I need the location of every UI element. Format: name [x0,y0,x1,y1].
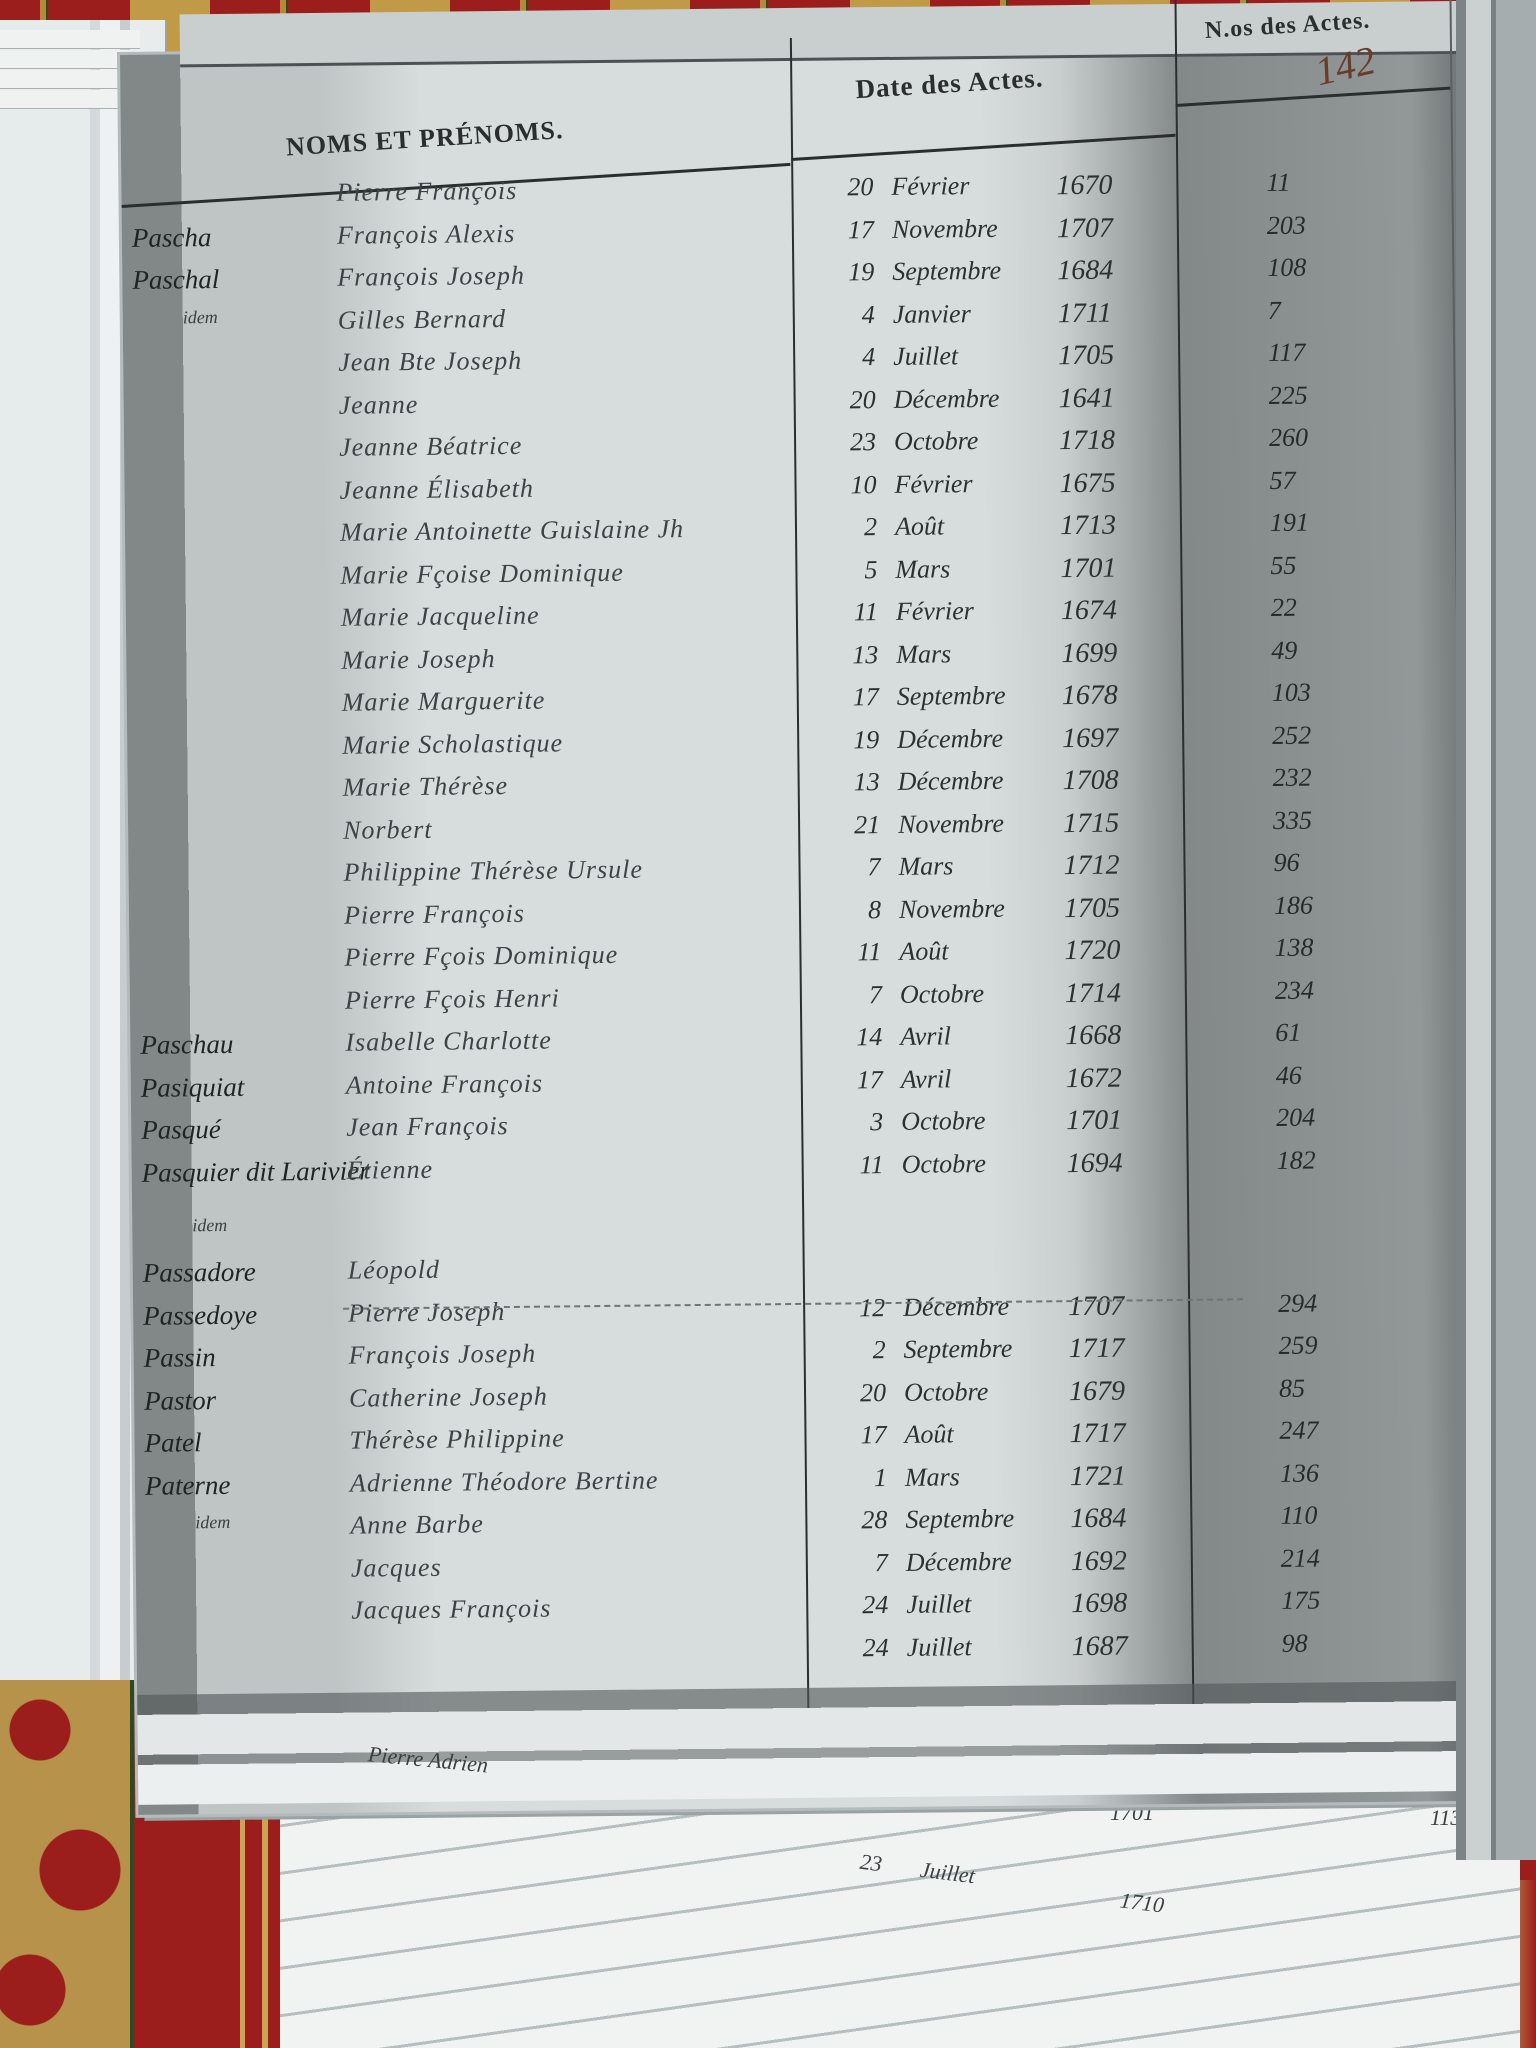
act-day: 3 [843,1107,883,1137]
act-day: 24 [849,1633,889,1663]
given-names: Marie Marguerite [342,686,546,718]
act-month: Juillet [893,341,958,372]
act-day: 4 [835,300,875,330]
act-number: 232 [1272,763,1311,793]
act-year: 1698 [1071,1588,1127,1621]
act-month: Décembre [897,723,1003,754]
given-names: Catherine Joseph [349,1381,548,1413]
act-year: 1672 [1066,1062,1122,1095]
act-number: 225 [1268,380,1307,410]
act-month: Octobre [904,1376,989,1407]
act-year: 1687 [1072,1630,1128,1663]
surname: idem [195,1512,230,1533]
act-month: Août [899,936,948,967]
surname: Pasiquiat [141,1071,245,1103]
act-year: 1675 [1059,467,1115,500]
given-names: Antoine François [346,1068,544,1100]
act-number: 110 [1280,1501,1317,1531]
surname: Passadore [143,1257,256,1289]
act-year: 1721 [1070,1460,1126,1493]
act-month: Décembre [906,1546,1012,1577]
underlying-month: Juillet [919,1857,977,1890]
surname: Pasqué [141,1114,221,1146]
act-day: 20 [833,172,873,202]
act-year: 1674 [1061,595,1117,628]
underlying-day: 23 [858,1849,883,1877]
act-month: Janvier [893,299,971,330]
surname: Passin [143,1342,215,1374]
underlying-name-fragment: Pierre Adrien [367,1741,489,1778]
act-number: 234 [1275,975,1314,1005]
act-month: Novembre [892,213,998,244]
act-number: 98 [1282,1628,1308,1658]
act-number: 260 [1269,423,1308,453]
act-number: 136 [1280,1458,1319,1488]
act-month: Mars [896,639,951,670]
act-year: 1684 [1057,255,1113,288]
given-names: Pierre Joseph [348,1297,505,1329]
header-underline-date [791,134,1175,161]
act-number: 7 [1268,295,1281,325]
header-underline-number [1176,87,1451,107]
act-year: 1670 [1056,170,1112,203]
act-month: Novembre [898,808,1004,839]
surname: Paschal [132,264,219,296]
act-day: 17 [834,215,874,245]
act-number: 96 [1273,848,1299,878]
stack-sheet-edge [0,70,140,89]
act-number: 259 [1278,1331,1317,1361]
act-month: Décembre [897,766,1003,797]
act-number: 335 [1273,805,1312,835]
given-names: Anne Barbe [350,1509,484,1540]
act-number: 11 [1266,168,1290,198]
act-month: Mars [905,1462,960,1493]
given-names: Adrienne Théodore Bertine [350,1465,659,1498]
act-number: 117 [1268,338,1305,368]
act-day: 10 [836,470,876,500]
given-names: Marie Antoinette Guislaine Jh [340,514,684,548]
act-year: 1678 [1062,680,1118,713]
given-names: Jacques [351,1552,442,1583]
act-day: 28 [847,1505,887,1535]
act-year: 1707 [1068,1290,1124,1323]
header-date: Date des Actes. [855,62,1045,105]
act-number: 294 [1278,1288,1317,1318]
act-month: Décembre [903,1291,1009,1322]
act-month: Octobre [900,979,985,1010]
surname: Pascha [132,222,212,254]
act-day: 1 [847,1463,887,1493]
surname: Pastor [144,1385,216,1417]
surname: Paschau [140,1029,233,1061]
given-names: François Joseph [348,1339,536,1371]
act-year: 1708 [1062,765,1118,798]
act-day: 11 [838,597,878,627]
stack-sheet-edge [0,90,140,109]
act-month: Novembre [899,893,1005,924]
given-names: Pierre François [336,176,517,208]
underlying-year: 1710 [1119,1887,1166,1918]
act-year: 1694 [1066,1147,1122,1180]
given-names: Léopold [348,1255,441,1286]
act-number: 57 [1269,465,1295,495]
act-day: 13 [838,640,878,670]
surname: Patel [144,1427,201,1459]
act-day: 17 [843,1065,883,1095]
act-number: 61 [1275,1018,1301,1048]
act-year: 1707 [1057,212,1113,245]
act-month: Septembre [897,681,1006,712]
act-year: 1679 [1069,1375,1125,1408]
act-month: Septembre [903,1334,1012,1365]
act-number: 203 [1267,210,1306,240]
act-month: Avril [900,1021,951,1052]
surname: Pasquier dit Larivier [142,1155,370,1188]
act-day: 14 [842,1022,882,1052]
act-day: 20 [846,1378,886,1408]
act-day: 4 [835,342,875,372]
given-names: Jeanne Élisabeth [339,473,534,505]
act-day: 23 [836,427,876,457]
act-month: Février [891,171,969,202]
act-year: 1712 [1063,850,1119,883]
act-year: 1705 [1058,340,1114,373]
given-names: François Alexis [337,218,516,250]
act-year: 1705 [1064,892,1120,925]
given-names: Marie Jacqueline [341,601,540,633]
act-day: 11 [844,1150,884,1180]
act-day: 7 [848,1548,888,1578]
act-number: 252 [1272,720,1311,750]
act-month: Décembre [893,383,999,414]
act-day: 5 [837,555,877,585]
act-month: Février [894,469,972,500]
stack-sheet-edge [0,30,140,49]
act-year: 1692 [1071,1545,1127,1578]
act-number: 186 [1274,890,1313,920]
given-names: Norbert [343,814,433,845]
act-year: 1711 [1058,297,1112,330]
act-number: 247 [1279,1416,1318,1446]
act-number: 214 [1281,1543,1320,1573]
right-page-edges [1456,0,1536,1860]
act-number: 22 [1271,593,1297,623]
act-year: 1718 [1059,425,1115,458]
given-names: Philippine Thérèse Ursule [343,855,643,888]
act-month: Juillet [906,1589,971,1620]
act-day: 17 [839,682,879,712]
stack-sheet-edge [0,50,140,69]
act-month: Octobre [902,1148,987,1179]
act-day: 13 [840,767,880,797]
given-names: Gilles Bernard [338,303,507,335]
act-number: 175 [1281,1586,1320,1616]
given-names: Jacques François [351,1594,551,1626]
given-names: Jean François [346,1111,509,1143]
act-number: 46 [1276,1060,1302,1090]
act-number: 191 [1270,508,1309,538]
act-year: 1641 [1058,382,1114,415]
given-names: Pierre Fçois Henri [345,983,560,1015]
act-year: 1697 [1062,722,1118,755]
act-day: 11 [841,937,881,967]
act-day: 19 [839,725,879,755]
act-day: 21 [840,810,880,840]
act-month: Août [895,511,944,542]
act-day: 2 [845,1335,885,1365]
header-names: NOMS ET PRÉNOMS. [285,115,564,162]
given-names: Isabelle Charlotte [345,1026,552,1058]
given-names: Pierre François [344,898,525,930]
given-names: Jeanne Béatrice [339,431,522,463]
act-day: 17 [846,1420,886,1450]
act-number: 182 [1276,1145,1315,1175]
act-number: 103 [1272,678,1311,708]
act-month: Octobre [901,1106,986,1137]
act-day: 2 [837,512,877,542]
surname: Passedoye [143,1299,257,1331]
given-names: Jeanne [339,389,419,420]
act-year: 1717 [1068,1333,1124,1366]
act-day: 20 [835,385,875,415]
act-year: 1684 [1070,1503,1126,1536]
given-names: Thérèse Philippine [349,1423,564,1455]
act-year: 1714 [1065,977,1121,1010]
act-day: 24 [848,1590,888,1620]
act-month: Février [896,596,974,627]
act-year: 1717 [1069,1418,1125,1451]
act-month: Août [904,1419,953,1450]
act-month: Avril [901,1064,952,1095]
act-month: Septembre [892,256,1001,287]
act-day: 8 [841,895,881,925]
act-day: 7 [842,980,882,1010]
act-day: 7 [840,852,880,882]
act-month: Octobre [894,426,979,457]
act-day: 12 [845,1293,885,1323]
act-year: 1668 [1065,1020,1121,1053]
given-names: Étienne [347,1154,434,1185]
register-page: NOMS ET PRÉNOMS. Date des Actes. N.os de… [120,41,1498,1815]
given-names: Marie Thérèse [343,771,509,803]
given-names: Pierre Fçois Dominique [344,940,618,973]
act-number: 204 [1276,1103,1315,1133]
act-year: 1720 [1064,935,1120,968]
act-month: Mars [895,554,950,585]
act-year: 1715 [1063,807,1119,840]
surname: idem [192,1214,227,1235]
act-year: 1701 [1066,1105,1122,1138]
given-names: Marie Fçoise Dominique [340,557,624,590]
act-number: 108 [1267,253,1306,283]
surname: Paterne [145,1469,231,1501]
underlying-pages: 23 Juillet 1710 1701 113 [280,1780,1520,2048]
act-day: 19 [834,257,874,287]
given-names: Marie Scholastique [342,728,563,760]
given-names: François Joseph [337,261,525,293]
act-number: 49 [1271,635,1297,665]
act-number: 55 [1270,550,1296,580]
bottom-fold: Pierre Adrien [137,1681,1498,1805]
act-number: 85 [1279,1373,1305,1403]
given-names: Marie Joseph [341,644,496,676]
act-number: 138 [1274,933,1313,963]
act-year: 1701 [1060,552,1116,585]
act-year: 1699 [1061,637,1117,670]
act-month: Mars [898,851,953,882]
surname: idem [183,306,218,327]
given-names: Jean Bte Joseph [338,346,522,378]
act-year: 1713 [1060,510,1116,543]
act-month: Juillet [907,1632,972,1663]
act-month: Septembre [905,1504,1014,1535]
